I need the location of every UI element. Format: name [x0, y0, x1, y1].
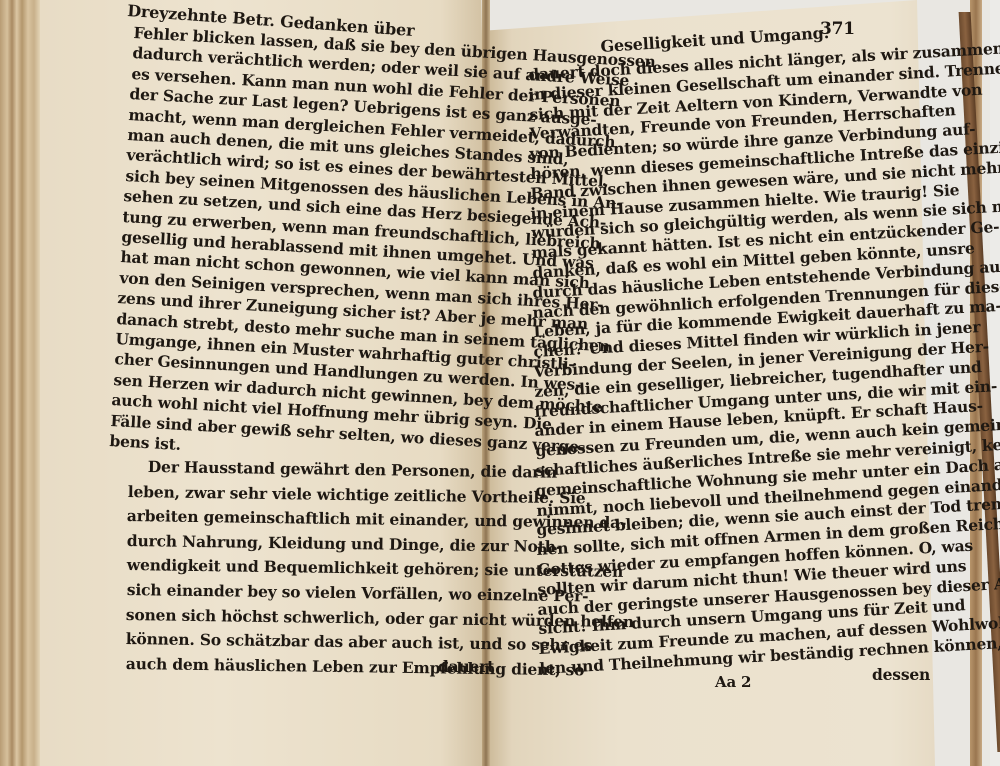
- right-catchword: dessen: [872, 666, 930, 684]
- open-book-photo: Dreyzehnte Betr. Gedanken über Fehler bl…: [0, 0, 1000, 766]
- left-page-block-edge: [0, 0, 40, 766]
- signature-mark: Aa 2: [715, 673, 751, 691]
- page-number: 371: [820, 20, 855, 38]
- left-catchword: dauert: [438, 658, 494, 676]
